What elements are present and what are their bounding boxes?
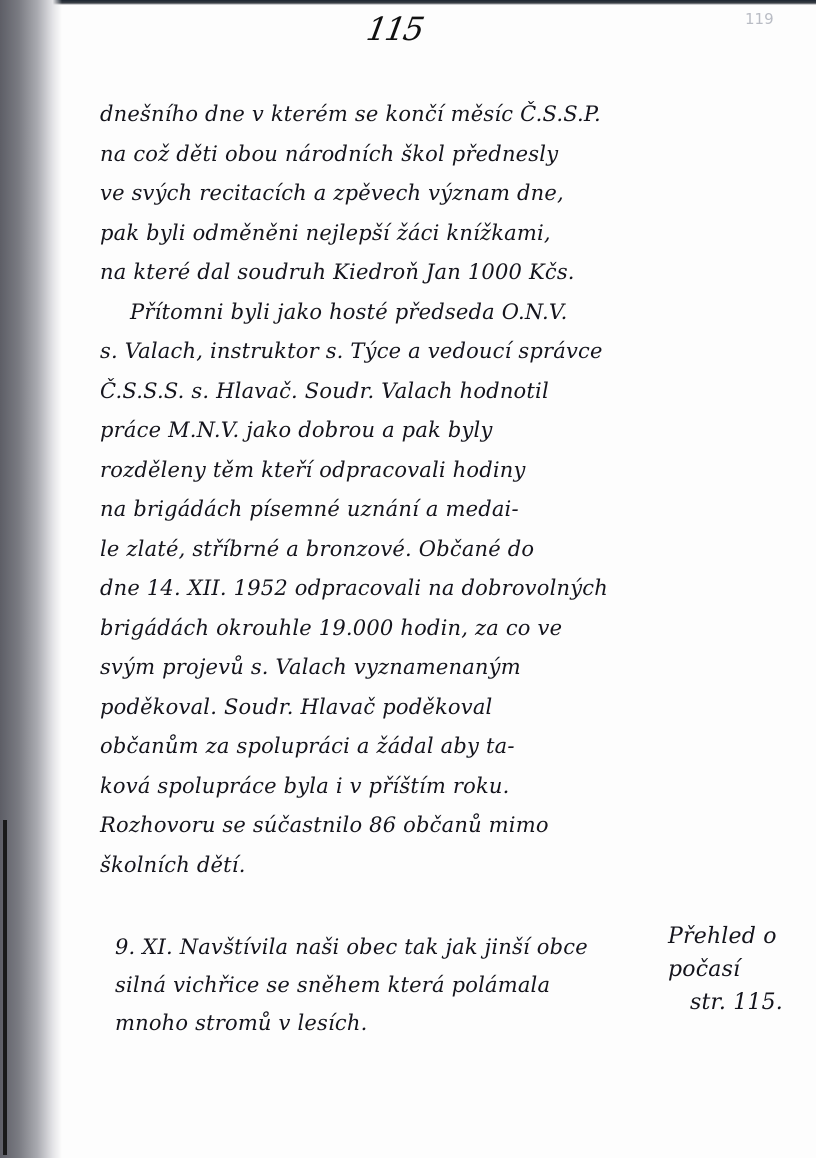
text-line: le zlaté, stříbrné a bronzové. Občané do bbox=[100, 530, 690, 570]
text-line: dne 14. XII. 1952 odpracovali na dobrovo… bbox=[100, 569, 690, 609]
binding-edge-line bbox=[3, 820, 7, 1155]
dated-entry: 9. XI. Navštívila naši obec tak jak jinš… bbox=[115, 928, 675, 1042]
entry-line: 9. XI. Navštívila naši obec tak jak jinš… bbox=[115, 928, 675, 966]
entry-line: silná vichřice se sněhem která polámala bbox=[115, 966, 675, 1004]
text-line: na které dal soudruh Kiedroň Jan 1000 Kč… bbox=[100, 253, 690, 293]
text-line: školních dětí. bbox=[100, 846, 690, 886]
text-line: svým projevů s. Valach vyznamenaným bbox=[100, 648, 690, 688]
chronicle-body: dnešního dne v kterém se končí měsíc Č.S… bbox=[100, 95, 690, 885]
margin-note-line: počasí bbox=[668, 953, 813, 986]
text-line: dnešního dne v kterém se končí měsíc Č.S… bbox=[100, 95, 690, 135]
margin-note-line: Přehled o bbox=[668, 920, 813, 953]
faint-corner-number: 119 bbox=[745, 10, 774, 28]
scan-top-edge bbox=[0, 0, 816, 5]
entry-text: Navštívila naši obec tak jak jinší obce bbox=[180, 935, 588, 959]
text-line: na což děti obou národních škol přednesl… bbox=[100, 135, 690, 175]
entry-date: 9. XI. bbox=[115, 935, 173, 959]
text-line: ková spolupráce byla i v příštím roku. bbox=[100, 767, 690, 807]
binding-shadow bbox=[0, 0, 62, 1158]
margin-note-line: str. 115. bbox=[668, 986, 813, 1019]
margin-note: Přehled o počasí str. 115. bbox=[668, 920, 813, 1019]
text-line: občanům za spolupráci a žádal aby ta- bbox=[100, 727, 690, 767]
text-line: Přítomni byli jako hosté předseda O.N.V. bbox=[100, 293, 690, 333]
text-line: ve svých recitacích a zpěvech význam dne… bbox=[100, 174, 690, 214]
text-line: poděkoval. Soudr. Hlavač poděkoval bbox=[100, 688, 690, 728]
page-number: 115 bbox=[364, 10, 426, 48]
text-line: Rozhovoru se súčastnilo 86 občanů mimo bbox=[100, 806, 690, 846]
text-line: s. Valach, instruktor s. Týce a vedoucí … bbox=[100, 332, 690, 372]
text-line: brigádách okrouhle 19.000 hodin, za co v… bbox=[100, 609, 690, 649]
text-line: pak byli odměněni nejlepší žáci knížkami… bbox=[100, 214, 690, 254]
scanned-page: 115 119 dnešního dne v kterém se končí m… bbox=[0, 0, 816, 1158]
text-line: na brigádách písemné uznání a medai- bbox=[100, 490, 690, 530]
entry-line: mnoho stromů v lesích. bbox=[115, 1004, 675, 1042]
text-line: rozděleny těm kteří odpracovali hodiny bbox=[100, 451, 690, 491]
text-line: práce M.N.V. jako dobrou a pak byly bbox=[100, 411, 690, 451]
text-line: Č.S.S.S. s. Hlavač. Soudr. Valach hodnot… bbox=[100, 372, 690, 412]
